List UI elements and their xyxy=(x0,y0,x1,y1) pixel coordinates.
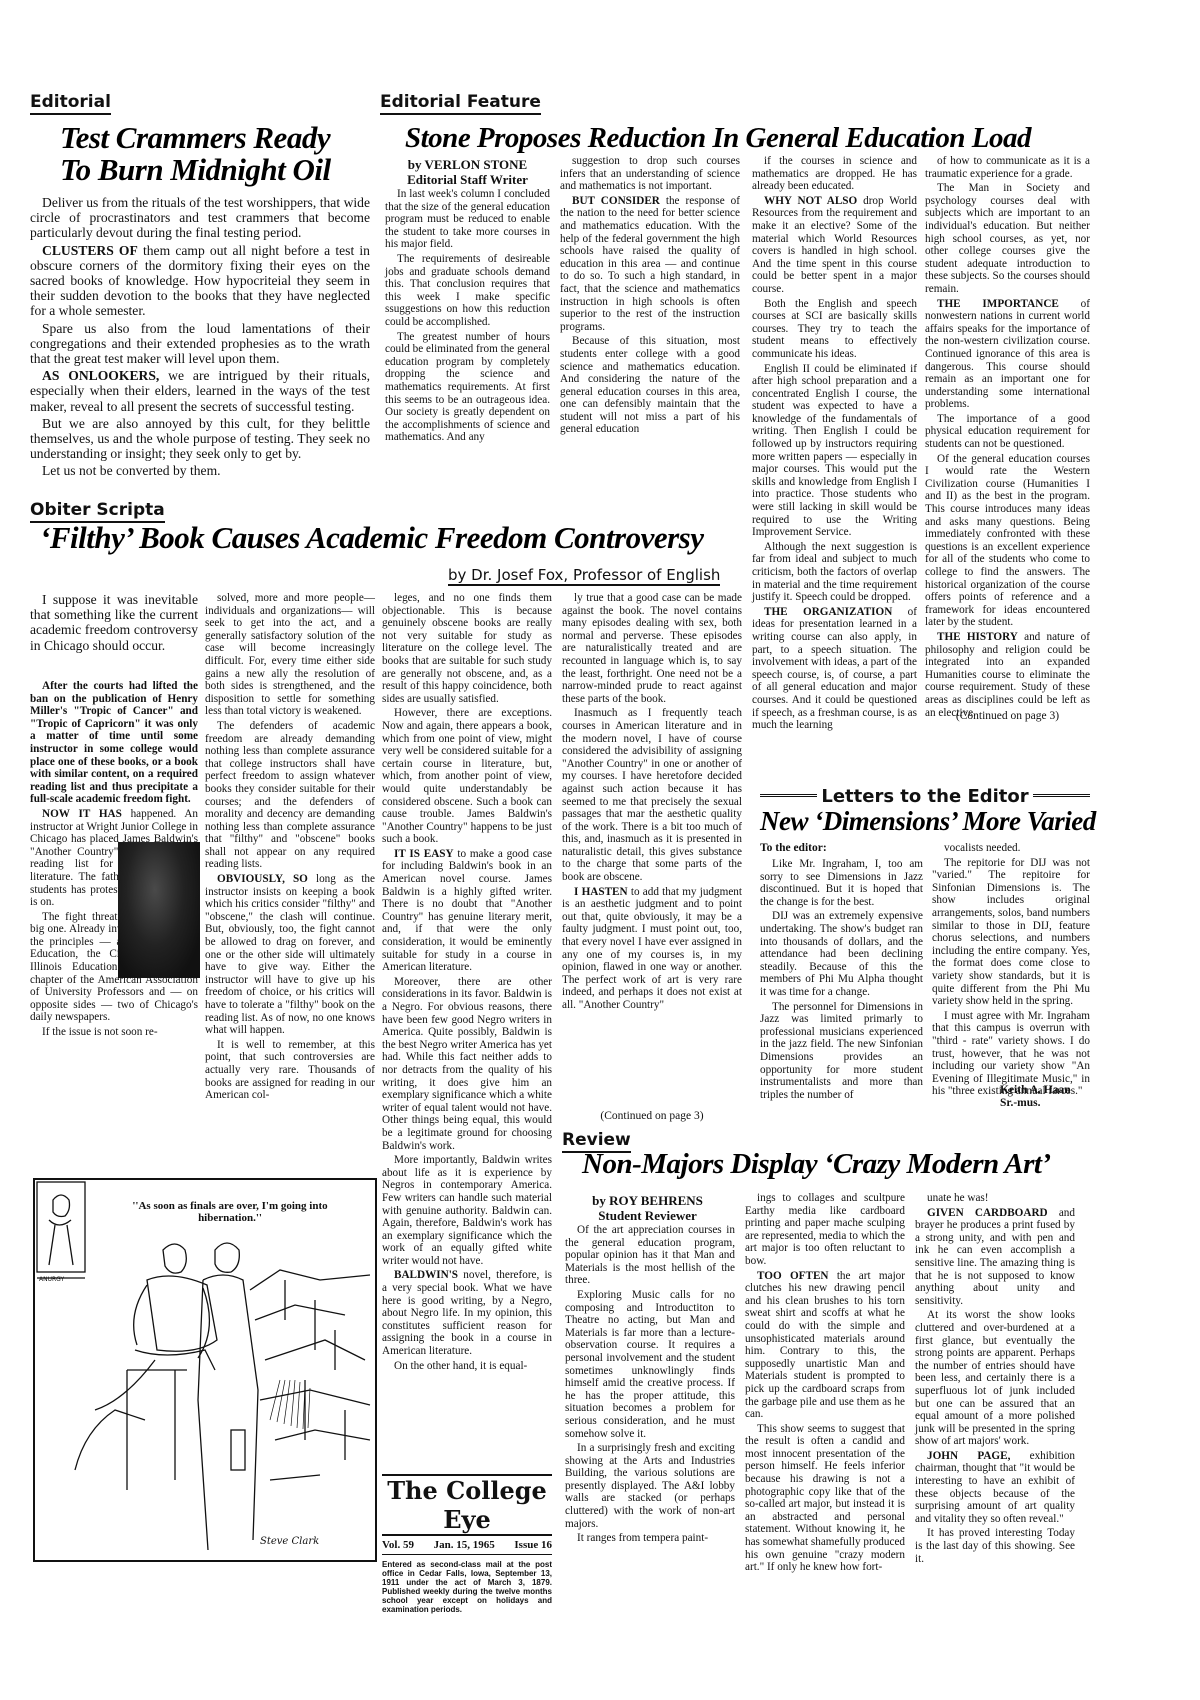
letters-rule-right xyxy=(1033,794,1090,800)
editorial-headline-line2: To Burn Midnight Oil xyxy=(60,154,360,186)
editorial-headline-line1: Test Crammers Ready xyxy=(60,122,360,154)
paragraph-text: In a surprisingly fresh and exciting sho… xyxy=(565,1442,735,1530)
paragraph-text: More importantly, Baldwin writes about l… xyxy=(382,1154,552,1267)
obiter-column-2: solved, more and more people— individual… xyxy=(205,592,375,1104)
paragraph-text: if the courses in science and mathematic… xyxy=(752,155,917,192)
paragraph: The repitorie for DIJ was not "varied." … xyxy=(932,857,1090,1008)
paragraph: DIJ was an extremely expensive undertaki… xyxy=(760,910,923,998)
paragraph: IT IS EASY to make a good case for inclu… xyxy=(382,848,552,974)
letters-signer-name: Keith A. Haan xyxy=(1000,1084,1071,1097)
paragraph-lead: OBVIOUSLY, SO xyxy=(217,873,308,885)
paragraph: BUT CONSIDER the response of the nation … xyxy=(560,195,740,334)
paragraph-text: and brayer he produces a print fused by … xyxy=(915,1207,1075,1307)
paragraph: Let us not be converted by them. xyxy=(30,463,370,478)
paragraph: I HASTEN to add that my judgment is an a… xyxy=(562,886,742,1012)
review-column-3: unate he was!GIVEN CARDBOARD and brayer … xyxy=(915,1192,1075,1567)
feature-section: Editorial Feature xyxy=(380,92,541,115)
paragraph: THE HISTORY and nature of philosophy and… xyxy=(925,631,1090,719)
paragraph-lead: JOHN PAGE, xyxy=(927,1450,1010,1462)
paragraph-text: solved, more and more people— individual… xyxy=(205,592,375,717)
letters-signer-class: Sr.-mus. xyxy=(1000,1097,1071,1110)
paragraph-text: Both the English and speech courses at S… xyxy=(752,298,917,360)
editorial-section: Editorial xyxy=(30,92,111,115)
paragraph-text: to add that my judgment is an aesthetic … xyxy=(562,886,742,1011)
paragraph-text: Because of this situation, most students… xyxy=(560,335,740,435)
paragraph-text: Let us not be converted by them. xyxy=(42,463,221,478)
paragraph: JOHN PAGE, exhibition chairman, thought … xyxy=(915,1450,1075,1526)
feature-column-1: In last week's column I concluded that t… xyxy=(385,188,550,446)
cartoon-panel: ''As soon as finals are over, I'm going … xyxy=(33,1178,377,1562)
letters-signature: Keith A. Haan Sr.-mus. xyxy=(1000,1084,1071,1110)
paragraph-text: It is well to remember, at this point, t… xyxy=(205,1039,375,1101)
paragraph-text: The personnel for Dimensions in Jazz was… xyxy=(760,1001,923,1101)
paragraph-text: leges, and no one finds them objectionab… xyxy=(382,592,552,705)
paragraph-lead: I HASTEN xyxy=(574,886,628,898)
letters-column-1: Like Mr. Ingraham, I, too am sorry to se… xyxy=(760,858,923,1103)
paragraph-lead: WHY NOT ALSO xyxy=(764,195,857,207)
paragraph-text: But we are also annoyed by this cult, fo… xyxy=(30,416,370,461)
paragraph-lead: GIVEN CARDBOARD xyxy=(927,1207,1048,1219)
masthead: The College Eye Vol. 59 Jan. 15, 1965 Is… xyxy=(382,1474,552,1614)
paragraph-text: Spare us also from the loud lamentations… xyxy=(30,321,370,366)
feature-headline: Stone Proposes Reduction In General Educ… xyxy=(405,122,1085,155)
paragraph: ings to collages and scultpure Earthy me… xyxy=(745,1192,905,1268)
feature-continued[interactable]: (Continued on page 3) xyxy=(925,710,1090,722)
paragraph: Although the next suggestion is far from… xyxy=(752,541,917,604)
paragraph-text: The importance of a good physical educat… xyxy=(925,413,1090,450)
paragraph: This show seems to suggest that the resu… xyxy=(745,1423,905,1574)
paragraph-lead: AS ONLOOKERS, xyxy=(42,368,159,383)
paragraph-text: the response of the nation to the need f… xyxy=(560,195,740,333)
paragraph: of how to communicate as it is a traumat… xyxy=(925,155,1090,180)
paragraph: OBVIOUSLY, SO long as the instructor ins… xyxy=(205,873,375,1037)
author-photo xyxy=(118,842,200,978)
paragraph: Inasmuch as I frequently teach courses i… xyxy=(562,707,742,883)
paragraph: unate he was! xyxy=(915,1192,1075,1205)
paragraph-text: Exploring Music calls for no composing a… xyxy=(565,1289,735,1440)
paragraph-text: the art major clutches his new drawing p… xyxy=(745,1270,905,1421)
paragraph-text: vocalists needed. xyxy=(944,842,1020,854)
paragraph-text: Although the next suggestion is far from… xyxy=(752,541,917,603)
paragraph: THE IMPORTANCE of nonwestern nations in … xyxy=(925,298,1090,411)
masthead-volume: Vol. 59 xyxy=(382,1539,414,1551)
paragraph: TOO OFTEN the art major clutches his new… xyxy=(745,1270,905,1421)
paragraph: Deliver us from the rituals of the test … xyxy=(30,195,370,241)
paragraph: THE ORGANIZATION of ideas for presentati… xyxy=(752,606,917,732)
obiter-column-1: I suppose it was inevitable that somethi… xyxy=(30,592,198,655)
paragraph: However, there are exceptions. Now and a… xyxy=(382,707,552,846)
review-byline-title: Student Reviewer xyxy=(565,1208,730,1223)
paragraph-text: It ranges from tempera paint- xyxy=(577,1532,708,1544)
obiter-p2: After the courts had lifted the ban on t… xyxy=(30,680,198,806)
cartoon-drawing-icon xyxy=(35,1180,375,1560)
obiter-column-3: leges, and no one finds them objectionab… xyxy=(382,592,552,1374)
feature-column-4: of how to communicate as it is a traumat… xyxy=(925,155,1090,721)
letters-label: Letters to the Editor xyxy=(821,786,1028,807)
paragraph-text: and nature of philosophy and religion co… xyxy=(925,631,1090,719)
paragraph-text: ly true that a good case can be made aga… xyxy=(562,592,742,705)
masthead-date: Jan. 15, 1965 xyxy=(434,1539,495,1551)
paragraph: ly true that a good case can be made aga… xyxy=(562,592,742,705)
paragraph-text: It has proved interesting Today is the l… xyxy=(915,1527,1075,1564)
paragraph: WHY NOT ALSO drop World Resources from t… xyxy=(752,195,917,296)
paragraph: More importantly, Baldwin writes about l… xyxy=(382,1154,552,1267)
paragraph-text: Inasmuch as I frequently teach courses i… xyxy=(562,707,742,883)
paragraph-text: unate he was! xyxy=(927,1192,989,1204)
paragraph: On the other hand, it is equal- xyxy=(382,1360,552,1373)
obiter-byline-wrap: by Dr. Josef Fox, Professor of English xyxy=(448,565,720,584)
paragraph: CLUSTERS OF them camp out all night befo… xyxy=(30,243,370,319)
paragraph-lead: IT IS EASY xyxy=(394,848,454,860)
paragraph-text: novel, therefore, is a very special book… xyxy=(382,1269,552,1357)
paragraph-text: Deliver us from the rituals of the test … xyxy=(30,195,370,240)
paragraph-text: drop World Resources from the requiremen… xyxy=(752,195,917,295)
paragraph: vocalists needed. xyxy=(932,842,1090,855)
editorial-headline: Test Crammers Ready To Burn Midnight Oil xyxy=(60,122,360,186)
cartoon-wall-sign: ANURGY xyxy=(39,1276,64,1283)
paragraph: Spare us also from the loud lamentations… xyxy=(30,321,370,367)
paragraph: The greatest number of hours could be el… xyxy=(385,331,550,444)
review-column-2: ings to collages and scultpure Earthy me… xyxy=(745,1192,905,1576)
paragraph: At its worst the show looks cluttered an… xyxy=(915,1309,1075,1448)
paragraph: BALDWIN'S novel, therefore, is a very sp… xyxy=(382,1269,552,1357)
paragraph-text: The requirements of desireable jobs and … xyxy=(385,253,550,328)
editorial-kicker: Editorial xyxy=(30,92,111,115)
paragraph: In last week's column I concluded that t… xyxy=(385,188,550,251)
paragraph: The personnel for Dimensions in Jazz was… xyxy=(760,1001,923,1102)
paragraph-lead: BALDWIN'S xyxy=(394,1269,458,1281)
paragraph-text: DIJ was an extremely expensive undertaki… xyxy=(760,910,923,998)
obiter-byline: by Dr. Josef Fox, Professor of English xyxy=(448,566,720,586)
paragraph: It has proved interesting Today is the l… xyxy=(915,1527,1075,1565)
obiter-continued[interactable]: (Continued on page 3) xyxy=(562,1110,742,1122)
paragraph-text: English II could be eliminated if after … xyxy=(752,363,917,539)
paragraph: But we are also annoyed by this cult, fo… xyxy=(30,416,370,462)
paragraph-text: The Man in Society and psychology course… xyxy=(925,182,1090,295)
editorial-body: Deliver us from the rituals of the test … xyxy=(30,195,370,481)
obiter-column-4: ly true that a good case can be made aga… xyxy=(562,592,742,1014)
paragraph-text: long as the instructor insists on keepin… xyxy=(205,873,375,1036)
paragraph-text: This show seems to suggest that the resu… xyxy=(745,1423,905,1574)
feature-byline-name: by VERLON STONE xyxy=(385,157,550,172)
obiter-headline: ‘Filthy’ Book Causes Academic Freedom Co… xyxy=(40,520,760,556)
paragraph: leges, and no one finds them objectionab… xyxy=(382,592,552,705)
paragraph: The Man in Society and psychology course… xyxy=(925,182,1090,295)
paragraph: English II could be eliminated if after … xyxy=(752,363,917,539)
paragraph: Because of this situation, most students… xyxy=(560,335,740,436)
paragraph: It ranges from tempera paint- xyxy=(565,1532,735,1545)
paragraph: GIVEN CARDBOARD and brayer he produces a… xyxy=(915,1207,1075,1308)
paragraph-text: On the other hand, it is equal- xyxy=(394,1360,527,1372)
paragraph: solved, more and more people— individual… xyxy=(205,592,375,718)
paragraph-text: The repitorie for DIJ was not "varied." … xyxy=(932,857,1090,1008)
paragraph-text: suggestion to drop such courses infers t… xyxy=(560,155,740,192)
paragraph-lead: TOO OFTEN xyxy=(757,1270,829,1282)
paragraph: In a surprisingly fresh and exciting sho… xyxy=(565,1442,735,1530)
feature-byline: by VERLON STONE Editorial Staff Writer xyxy=(385,157,550,187)
paragraph-text: of ideas for presentation learned in a w… xyxy=(752,606,917,731)
paragraph-text: However, there are exceptions. Now and a… xyxy=(382,707,552,845)
paragraph: AS ONLOOKERS, we are intrigued by their … xyxy=(30,368,370,414)
paragraph-text: In last week's column I concluded that t… xyxy=(385,188,550,250)
paragraph: Of the general education courses I would… xyxy=(925,453,1090,629)
paragraph: Exploring Music calls for no composing a… xyxy=(565,1289,735,1440)
paragraph-lead: CLUSTERS OF xyxy=(42,243,138,258)
paragraph-text: The greatest number of hours could be el… xyxy=(385,331,550,444)
paragraph: if the courses in science and mathematic… xyxy=(752,155,917,193)
paragraph-text: Of the art appreciation courses in the g… xyxy=(565,1224,735,1286)
paragraph-text: The defenders of academic freedom are al… xyxy=(205,720,375,871)
masthead-issue: Issue 16 xyxy=(514,1539,552,1551)
review-byline: by ROY BEHRENS Student Reviewer xyxy=(565,1193,730,1223)
feature-column-3: if the courses in science and mathematic… xyxy=(752,155,917,734)
review-headline: Non-Majors Display ‘Crazy Modern Art’ xyxy=(582,1148,1092,1181)
paragraph-text: Moreover, there are other considerations… xyxy=(382,976,552,1152)
letters-headline: New ‘Dimensions’ More Varied xyxy=(760,806,1090,837)
paragraph-lead: THE IMPORTANCE xyxy=(937,298,1059,310)
paragraph-text: of how to communicate as it is a traumat… xyxy=(925,155,1090,180)
letters-section-label: Letters to the Editor xyxy=(760,786,1090,807)
paragraph-text: Like Mr. Ingraham, I, too am sorry to se… xyxy=(760,858,923,908)
obiter-p3-lead: NOW IT HAS xyxy=(42,808,122,820)
cartoon-signature: Steve Clark xyxy=(260,1536,319,1547)
paragraph-lead: THE ORGANIZATION xyxy=(764,606,892,618)
feature-byline-title: Editorial Staff Writer xyxy=(385,172,550,187)
paragraph-text: ings to collages and scultpure Earthy me… xyxy=(745,1192,905,1267)
letters-salutation: To the editor: xyxy=(760,842,827,854)
feature-column-2: suggestion to drop such courses infers t… xyxy=(560,155,740,438)
paragraph-lead: BUT CONSIDER xyxy=(572,195,660,207)
masthead-notice: Entered as second-class mail at the post… xyxy=(382,1560,552,1614)
paragraph: It is well to remember, at this point, t… xyxy=(205,1039,375,1102)
masthead-meta: Vol. 59 Jan. 15, 1965 Issue 16 xyxy=(382,1536,552,1555)
letters-rule-left xyxy=(760,794,817,800)
review-column-1: Of the art appreciation courses in the g… xyxy=(565,1224,735,1547)
letters-column-2: vocalists needed.The repitorie for DIJ w… xyxy=(932,842,1090,1100)
paragraph: The requirements of desireable jobs and … xyxy=(385,253,550,329)
paragraph: Moreover, there are other considerations… xyxy=(382,976,552,1152)
paragraph-text: of nonwestern nations in current world a… xyxy=(925,298,1090,411)
paragraph: Both the English and speech courses at S… xyxy=(752,298,917,361)
review-byline-name: by ROY BEHRENS xyxy=(565,1193,730,1208)
obiter-p5: If the issue is not soon re- xyxy=(30,1026,198,1039)
masthead-title: The College Eye xyxy=(382,1474,552,1536)
paragraph-text: At its worst the show looks cluttered an… xyxy=(915,1309,1075,1447)
feature-kicker: Editorial Feature xyxy=(380,92,541,115)
paragraph-lead: THE HISTORY xyxy=(937,631,1018,643)
obiter-intro: I suppose it was inevitable that somethi… xyxy=(30,592,198,653)
paragraph: suggestion to drop such courses infers t… xyxy=(560,155,740,193)
paragraph-text: Of the general education courses I would… xyxy=(925,453,1090,629)
paragraph: The importance of a good physical educat… xyxy=(925,413,1090,451)
paragraph-text: to make a good case for including Baldwi… xyxy=(382,848,552,973)
paragraph: Of the art appreciation courses in the g… xyxy=(565,1224,735,1287)
paragraph: Like Mr. Ingraham, I, too am sorry to se… xyxy=(760,858,923,908)
paragraph: The defenders of academic freedom are al… xyxy=(205,720,375,871)
